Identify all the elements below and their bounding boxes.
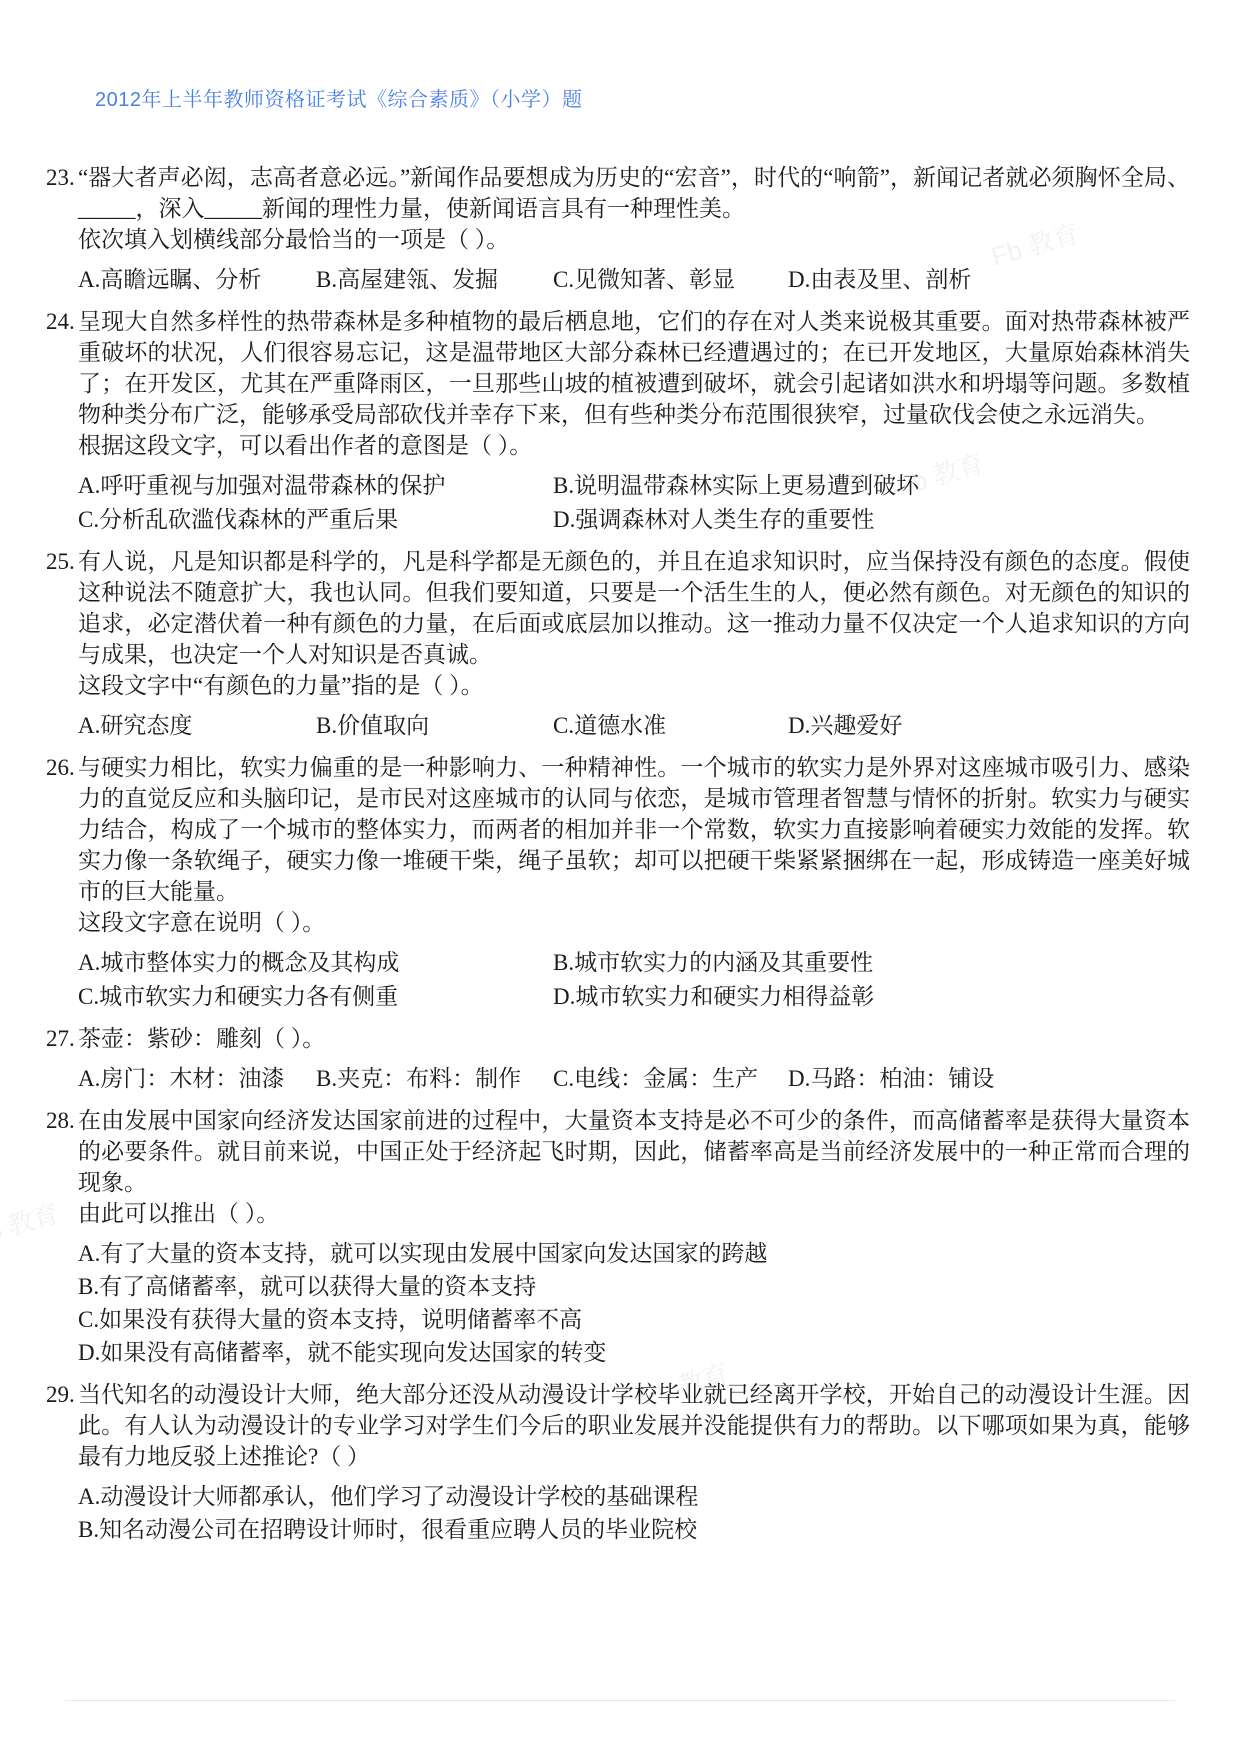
question-item: 26. 与硬实力相比，软实力偏重的是一种影响力、一种精神性。一个城市的软实力是外…	[50, 752, 1190, 1013]
question-body: 呈现大自然多样性的热带森林是多种植物的最后栖息地，它们的存在对人类来说极其重要。…	[78, 306, 1190, 536]
options: A.城市整体实力的概念及其构成B.城市软实力的内涵及其重要性C.城市软实力和硬实…	[78, 947, 1190, 1013]
stem-paragraph: 依次填入划横线部分最恰当的一项是（ ）。	[78, 224, 1190, 255]
question-item: 23. “器大者声必闳，志高者意必远。”新闻作品要想成为历史的“宏音”，时代的“…	[50, 162, 1190, 296]
option-item: B.有了高储蓄率，就可以获得大量的资本支持	[78, 1271, 1190, 1303]
question-item: 29. 当代知名的动漫设计大师，绝大部分还没从动漫设计学校毕业就已经离开学校，开…	[50, 1379, 1190, 1546]
options: A.高瞻远瞩、分析B.高屋建瓴、发掘C.见微知著、彰显D.由表及里、剖析	[78, 264, 1190, 296]
option-item: B.夹克：布料：制作	[316, 1063, 553, 1095]
stem-paragraph: 与硬实力相比，软实力偏重的是一种影响力、一种精神性。一个城市的软实力是外界对这座…	[78, 752, 1190, 907]
option-item: A.高瞻远瞩、分析	[78, 264, 316, 296]
stem-paragraph: 在由发展中国家向经济发达国家前进的过程中，大量资本支持是必不可少的条件，而高储蓄…	[78, 1105, 1190, 1198]
option-item: A.动漫设计大师都承认，他们学习了动漫设计学校的基础课程	[78, 1481, 1190, 1513]
question-body: 茶壶：紫砂：雕刻（ ）。 A.房门：木材：油漆B.夹克：布料：制作C.电线：金属…	[78, 1023, 1190, 1095]
stem-paragraph: “器大者声必闳，志高者意必远。”新闻作品要想成为历史的“宏音”，时代的“响箭”，…	[78, 162, 1190, 224]
option-item: A.呼吁重视与加强对温带森林的保护	[78, 470, 553, 502]
question-item: 28. 在由发展中国家向经济发达国家前进的过程中，大量资本支持是必不可少的条件，…	[50, 1105, 1190, 1369]
options: A.呼吁重视与加强对温带森林的保护B.说明温带森林实际上更易遭到破坏C.分析乱砍…	[78, 470, 1190, 536]
option-item: C.道德水准	[553, 710, 788, 742]
question-number: 28.	[46, 1105, 75, 1136]
question-item: 24. 呈现大自然多样性的热带森林是多种植物的最后栖息地，它们的存在对人类来说极…	[50, 306, 1190, 536]
question-stem: “器大者声必闳，志高者意必远。”新闻作品要想成为历史的“宏音”，时代的“响箭”，…	[78, 162, 1190, 255]
question-stem: 与硬实力相比，软实力偏重的是一种影响力、一种精神性。一个城市的软实力是外界对这座…	[78, 752, 1190, 938]
question-stem: 在由发展中国家向经济发达国家前进的过程中，大量资本支持是必不可少的条件，而高储蓄…	[78, 1105, 1190, 1229]
option-item: B.说明温带森林实际上更易遭到破坏	[553, 470, 1190, 502]
question-body: 当代知名的动漫设计大师，绝大部分还没从动漫设计学校毕业就已经离开学校，开始自己的…	[78, 1379, 1190, 1546]
option-item: A.房门：木材：油漆	[78, 1063, 316, 1095]
question-body: 有人说，凡是知识都是科学的，凡是科学都是无颜色的，并且在追求知识时，应当保持没有…	[78, 546, 1190, 742]
document-content: 2012年上半年教师资格证考试《综合素质》（小学）题 23. “器大者声必闳，志…	[0, 0, 1240, 1546]
options: A.动漫设计大师都承认，他们学习了动漫设计学校的基础课程B.知名动漫公司在招聘设…	[78, 1481, 1190, 1546]
option-item: D.兴趣爱好	[788, 710, 1190, 742]
option-item: A.城市整体实力的概念及其构成	[78, 947, 553, 979]
stem-paragraph: 由此可以推出（ ）。	[78, 1198, 1190, 1229]
question-list: 23. “器大者声必闳，志高者意必远。”新闻作品要想成为历史的“宏音”，时代的“…	[50, 162, 1190, 1546]
question-number: 23.	[46, 162, 75, 193]
question-number: 24.	[46, 306, 75, 337]
question-stem: 有人说，凡是知识都是科学的，凡是科学都是无颜色的，并且在追求知识时，应当保持没有…	[78, 546, 1190, 701]
option-item: C.如果没有获得大量的资本支持，说明储蓄率不高	[78, 1304, 1190, 1336]
option-item: D.马路：柏油：铺设	[788, 1063, 1190, 1095]
question-item: 25. 有人说，凡是知识都是科学的，凡是科学都是无颜色的，并且在追求知识时，应当…	[50, 546, 1190, 742]
question-number: 29.	[46, 1379, 75, 1410]
question-body: 与硬实力相比，软实力偏重的是一种影响力、一种精神性。一个城市的软实力是外界对这座…	[78, 752, 1190, 1013]
option-item: A.研究态度	[78, 710, 316, 742]
options: A.有了大量的资本支持，就可以实现由发展中国家向发达国家的跨越B.有了高储蓄率，…	[78, 1238, 1190, 1369]
page-title: 2012年上半年教师资格证考试《综合素质》（小学）题	[95, 88, 1190, 112]
stem-paragraph: 当代知名的动漫设计大师，绝大部分还没从动漫设计学校毕业就已经离开学校，开始自己的…	[78, 1379, 1190, 1472]
question-body: 在由发展中国家向经济发达国家前进的过程中，大量资本支持是必不可少的条件，而高储蓄…	[78, 1105, 1190, 1369]
question-stem: 呈现大自然多样性的热带森林是多种植物的最后栖息地，它们的存在对人类来说极其重要。…	[78, 306, 1190, 461]
option-item: D.城市软实力和硬实力相得益彰	[553, 981, 1190, 1013]
question-stem: 当代知名的动漫设计大师，绝大部分还没从动漫设计学校毕业就已经离开学校，开始自己的…	[78, 1379, 1190, 1472]
question-body: “器大者声必闳，志高者意必远。”新闻作品要想成为历史的“宏音”，时代的“响箭”，…	[78, 162, 1190, 296]
stem-paragraph: 茶壶：紫砂：雕刻（ ）。	[78, 1023, 1190, 1054]
option-item: C.分析乱砍滥伐森林的严重后果	[78, 504, 553, 536]
document-page: 2012年上半年教师资格证考试《综合素质》（小学）题 23. “器大者声必闳，志…	[0, 0, 1240, 1754]
stem-paragraph: 这段文字中“有颜色的力量”指的是（ ）。	[78, 670, 1190, 701]
question-stem: 茶壶：紫砂：雕刻（ ）。	[78, 1023, 1190, 1054]
stem-paragraph: 这段文字意在说明（ ）。	[78, 907, 1190, 938]
option-item: D.如果没有高储蓄率，就不能实现向发达国家的转变	[78, 1337, 1190, 1369]
options: A.研究态度B.价值取向C.道德水准D.兴趣爱好	[78, 710, 1190, 742]
option-item: B.高屋建瓴、发掘	[316, 264, 553, 296]
option-item: C.城市软实力和硬实力各有侧重	[78, 981, 553, 1013]
question-number: 26.	[46, 752, 75, 783]
stem-paragraph: 呈现大自然多样性的热带森林是多种植物的最后栖息地，它们的存在对人类来说极其重要。…	[78, 306, 1190, 430]
option-item: A.有了大量的资本支持，就可以实现由发展中国家向发达国家的跨越	[78, 1238, 1190, 1270]
option-item: C.电线：金属：生产	[553, 1063, 788, 1095]
option-item: B.价值取向	[316, 710, 553, 742]
question-number: 27.	[46, 1023, 75, 1054]
bottom-divider	[65, 1700, 1175, 1701]
option-item: B.城市软实力的内涵及其重要性	[553, 947, 1190, 979]
question-item: 27. 茶壶：紫砂：雕刻（ ）。 A.房门：木材：油漆B.夹克：布料：制作C.电…	[50, 1023, 1190, 1095]
stem-paragraph: 根据这段文字，可以看出作者的意图是（ ）。	[78, 430, 1190, 461]
options: A.房门：木材：油漆B.夹克：布料：制作C.电线：金属：生产D.马路：柏油：铺设	[78, 1063, 1190, 1095]
question-number: 25.	[46, 546, 75, 577]
option-item: B.知名动漫公司在招聘设计师时，很看重应聘人员的毕业院校	[78, 1514, 1190, 1546]
option-item: D.强调森林对人类生存的重要性	[553, 504, 1190, 536]
stem-paragraph: 有人说，凡是知识都是科学的，凡是科学都是无颜色的，并且在追求知识时，应当保持没有…	[78, 546, 1190, 670]
option-item: D.由表及里、剖析	[788, 264, 1190, 296]
option-item: C.见微知著、彰显	[553, 264, 788, 296]
